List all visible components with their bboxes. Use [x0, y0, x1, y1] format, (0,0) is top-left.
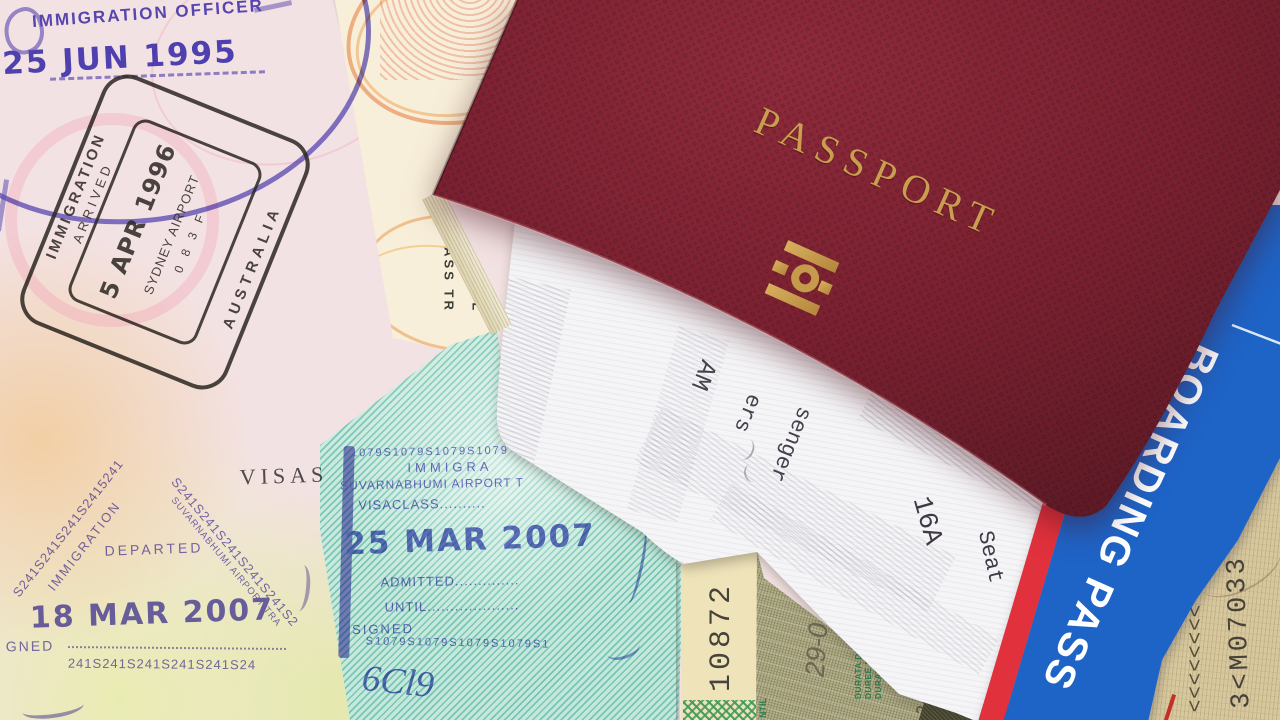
passport-cover	[0, 0, 1280, 720]
chip-bar-left	[772, 260, 789, 276]
photo-travel-documents: ASS TR UB CL 10872 29-0 DURATA DEL S DUR…	[0, 0, 1280, 720]
